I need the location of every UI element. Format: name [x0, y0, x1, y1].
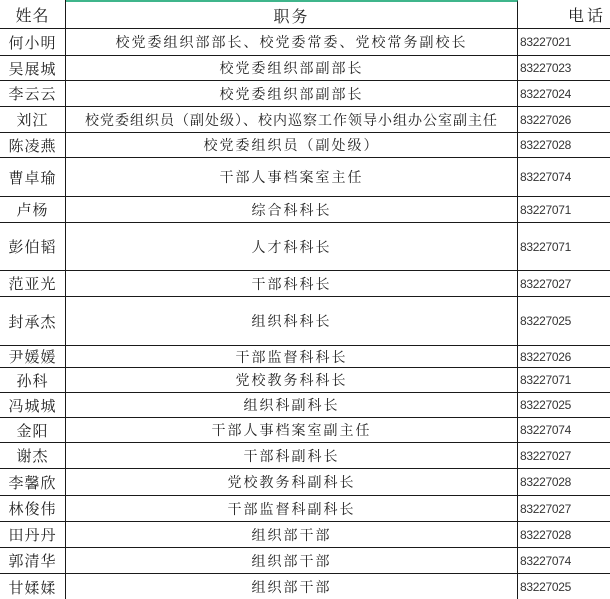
table-row: 李馨欣 党校教务科副科长 83227028 [0, 469, 610, 496]
title-cell[interactable]: 组织部干部 [66, 522, 518, 547]
table-row: 彭伯韬 人才科科长 83227071 [0, 223, 610, 271]
name-cell[interactable]: 谢杰 [0, 443, 66, 468]
phone-cell[interactable]: 83227071 [518, 223, 610, 270]
table-row: 金阳 干部人事档案室副主任 83227074 [0, 418, 610, 443]
phone-cell[interactable]: 83227027 [518, 496, 610, 521]
header-row: 姓名 职务 电话 [0, 0, 610, 29]
name-cell[interactable]: 冯城城 [0, 393, 66, 417]
title-cell[interactable]: 干部监督科副科长 [66, 496, 518, 521]
title-cell[interactable]: 组织部干部 [66, 548, 518, 573]
header-phone-cell[interactable]: 电话 [518, 0, 610, 28]
title-cell[interactable]: 校党委组织部副部长 [66, 81, 518, 106]
staff-directory-table: 姓名 职务 电话 何小明 校党委组织部部长、校党委常委、党校常务副校长 8322… [0, 0, 610, 599]
table-row: 冯城城 组织科副科长 83227025 [0, 393, 610, 418]
name-cell[interactable]: 孙科 [0, 368, 66, 392]
title-cell[interactable]: 人才科科长 [66, 223, 518, 270]
table-row: 孙科 党校教务科科长 83227071 [0, 368, 610, 393]
title-cell[interactable]: 干部科科长 [66, 271, 518, 296]
name-cell[interactable]: 刘江 [0, 107, 66, 132]
title-cell[interactable]: 校党委组织员（副处级）、校内巡察工作领导小组办公室副主任 [66, 107, 518, 132]
table-row: 李云云 校党委组织部副部长 83227024 [0, 81, 610, 107]
name-cell[interactable]: 李馨欣 [0, 469, 66, 495]
phone-cell[interactable]: 83227024 [518, 81, 610, 106]
title-cell[interactable]: 干部人事档案室主任 [66, 158, 518, 196]
name-cell[interactable]: 何小明 [0, 29, 66, 55]
name-cell[interactable]: 彭伯韬 [0, 223, 66, 270]
table-row: 何小明 校党委组织部部长、校党委常委、党校常务副校长 83227021 [0, 29, 610, 56]
phone-cell[interactable]: 83227025 [518, 574, 610, 599]
title-cell[interactable]: 综合科科长 [66, 197, 518, 222]
name-cell[interactable]: 金阳 [0, 418, 66, 442]
title-text-overflow: 校党委组织员（副处级）、校内巡察工作领导小组办公室副主任 [85, 110, 498, 130]
table-row: 范亚光 干部科科长 83227027 [0, 271, 610, 297]
phone-cell[interactable]: 83227026 [518, 107, 610, 132]
title-cell[interactable]: 干部人事档案室副主任 [66, 418, 518, 442]
table-row: 林俊伟 干部监督科副科长 83227027 [0, 496, 610, 522]
name-cell[interactable]: 曹卓瑜 [0, 158, 66, 196]
table-row: 陈凌燕 校党委组织员（副处级） 83227028 [0, 133, 610, 158]
phone-cell[interactable]: 83227071 [518, 368, 610, 392]
title-cell[interactable]: 组织科副科长 [66, 393, 518, 417]
phone-cell[interactable]: 83227025 [518, 297, 610, 345]
name-cell[interactable]: 田丹丹 [0, 522, 66, 547]
phone-cell[interactable]: 83227023 [518, 56, 610, 80]
header-name-cell[interactable]: 姓名 [0, 0, 66, 28]
title-cell[interactable]: 组织科科长 [66, 297, 518, 345]
name-cell[interactable]: 尹媛媛 [0, 346, 66, 367]
name-cell[interactable]: 范亚光 [0, 271, 66, 296]
phone-cell[interactable]: 83227028 [518, 469, 610, 495]
name-cell[interactable]: 李云云 [0, 81, 66, 106]
name-cell[interactable]: 林俊伟 [0, 496, 66, 521]
name-cell[interactable]: 陈凌燕 [0, 133, 66, 157]
table-row: 郭清华 组织部干部 83227074 [0, 548, 610, 574]
table-row: 谢杰 干部科副科长 83227027 [0, 443, 610, 469]
header-title-cell[interactable]: 职务 [66, 0, 518, 28]
table-row: 曹卓瑜 干部人事档案室主任 83227074 [0, 158, 610, 197]
title-cell[interactable]: 干部监督科科长 [66, 346, 518, 367]
table-row: 尹媛媛 干部监督科科长 83227026 [0, 346, 610, 368]
phone-cell[interactable]: 83227071 [518, 197, 610, 222]
table-row: 甘媃媃 组织部干部 83227025 [0, 574, 610, 599]
phone-cell[interactable]: 83227074 [518, 548, 610, 573]
phone-cell[interactable]: 83227074 [518, 158, 610, 196]
phone-cell[interactable]: 83227027 [518, 443, 610, 468]
title-cell[interactable]: 党校教务科科长 [66, 368, 518, 392]
title-cell[interactable]: 校党委组织员（副处级） [66, 133, 518, 157]
title-cell[interactable]: 党校教务科副科长 [66, 469, 518, 495]
title-cell[interactable]: 校党委组织部部长、校党委常委、党校常务副校长 [66, 29, 518, 55]
title-cell[interactable]: 校党委组织部副部长 [66, 56, 518, 80]
table-row: 田丹丹 组织部干部 83227028 [0, 522, 610, 548]
phone-cell[interactable]: 83227025 [518, 393, 610, 417]
title-cell[interactable]: 组织部干部 [66, 574, 518, 599]
phone-cell[interactable]: 83227028 [518, 522, 610, 547]
table-row: 吴展城 校党委组织部副部长 83227023 [0, 56, 610, 81]
name-cell[interactable]: 郭清华 [0, 548, 66, 573]
phone-cell[interactable]: 83227026 [518, 346, 610, 367]
phone-cell[interactable]: 83227027 [518, 271, 610, 296]
table-row: 刘江 校党委组织员（副处级）、校内巡察工作领导小组办公室副主任 83227026 [0, 107, 610, 133]
name-cell[interactable]: 封承杰 [0, 297, 66, 345]
name-cell[interactable]: 甘媃媃 [0, 574, 66, 599]
title-cell[interactable]: 干部科副科长 [66, 443, 518, 468]
phone-cell[interactable]: 83227074 [518, 418, 610, 442]
phone-cell[interactable]: 83227028 [518, 133, 610, 157]
table-row: 封承杰 组织科科长 83227025 [0, 297, 610, 346]
phone-cell[interactable]: 83227021 [518, 29, 610, 55]
name-cell[interactable]: 卢杨 [0, 197, 66, 222]
table-row: 卢杨 综合科科长 83227071 [0, 197, 610, 223]
name-cell[interactable]: 吴展城 [0, 56, 66, 80]
